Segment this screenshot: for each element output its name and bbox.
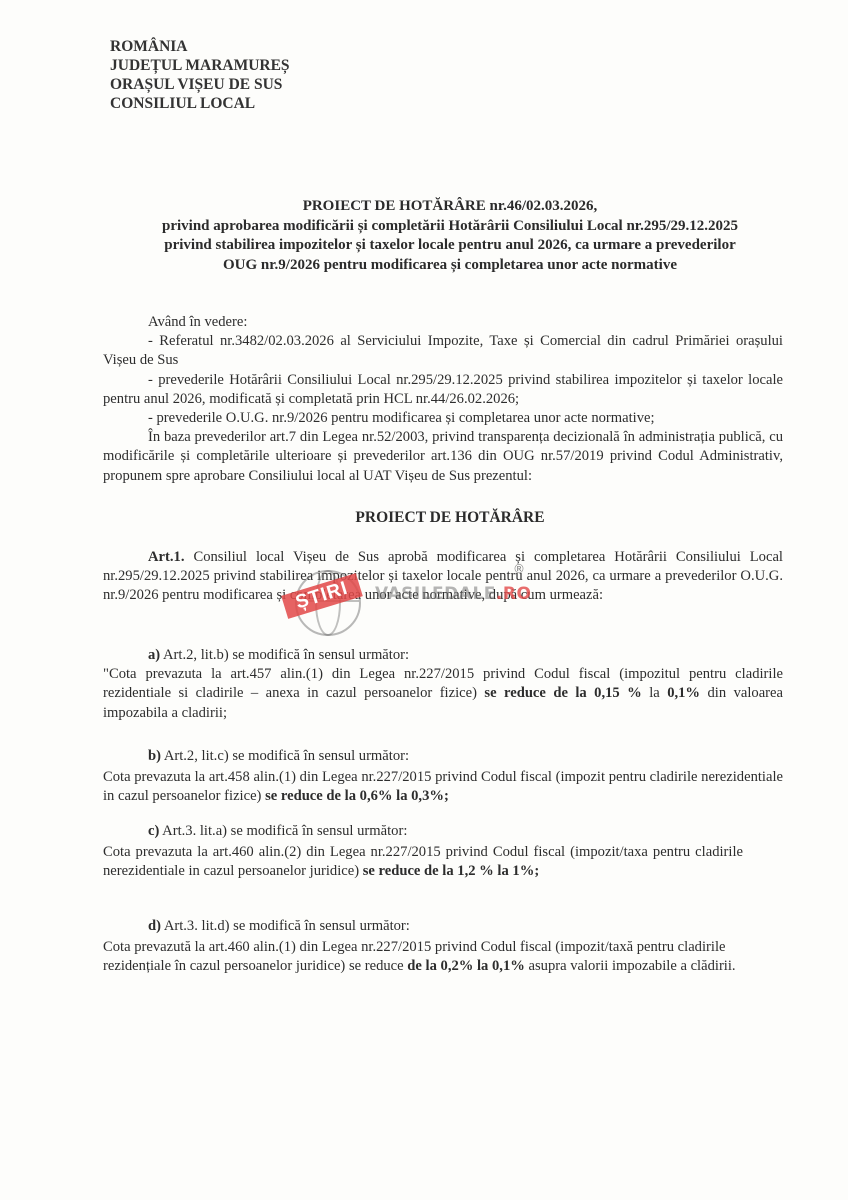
amendment-text: la — [642, 685, 667, 701]
amendment-letter: a) — [148, 647, 160, 663]
amendment-heading: Art.3. lit.d) se modifică în sensul urmă… — [161, 918, 410, 934]
amendment-text: asupra valorii impozabile a clădirii. — [525, 958, 736, 974]
header-country: ROMÂNIA — [110, 37, 290, 56]
title-line: OUG nr.9/2026 pentru modificarea și comp… — [100, 256, 800, 276]
header-town: ORAȘUL VIȘEU DE SUS — [110, 75, 290, 94]
amendment-bold: 0,1% — [667, 685, 700, 701]
amendment-c: c) Art.3. lit.a) se modifică în sensul u… — [103, 822, 783, 882]
preamble-item: - prevederile Hotărârii Consiliului Loca… — [103, 371, 783, 409]
document-page: ROMÂNIA JUDEȚUL MARAMUREȘ ORAȘUL VIȘEU D… — [0, 0, 848, 1200]
preamble: Având în vedere: - Referatul nr.3482/02.… — [103, 313, 783, 486]
header-county: JUDEȚUL MARAMUREȘ — [110, 56, 290, 75]
preamble-item: - prevederile O.U.G. nr.9/2026 pentru mo… — [103, 409, 783, 428]
title-line: privind aprobarea modificării și complet… — [100, 217, 800, 237]
article-label: Art.1. — [148, 549, 184, 565]
issuer-header: ROMÂNIA JUDEȚUL MARAMUREȘ ORAȘUL VIȘEU D… — [110, 37, 290, 113]
section-title: PROIECT DE HOTĂRÂRE — [100, 509, 800, 527]
title-line: PROIECT DE HOTĂRÂRE nr.46/02.03.2026, — [100, 197, 800, 217]
amendment-letter: d) — [148, 918, 161, 934]
amendment-bold: de la 0,2% la 0,1% — [407, 958, 525, 974]
amendment-heading: Art.2, lit.b) se modifică în sensul urmă… — [160, 647, 409, 663]
article-1: Art.1. Consiliul local Vișeu de Sus apro… — [103, 548, 783, 606]
amendment-b: b) Art.2, lit.c) se modifică în sensul u… — [103, 747, 783, 807]
amendment-a: a) Art.2, lit.b) se modifică în sensul u… — [103, 646, 783, 723]
preamble-intro: Având în vedere: — [103, 313, 783, 332]
amendment-letter: b) — [148, 748, 161, 764]
amendment-bold: se reduce de la 1,2 % la 1%; — [363, 863, 539, 879]
title-line: privind stabilirea impozitelor și taxelo… — [100, 236, 800, 256]
amendment-heading: Art.3. lit.a) se modifică în sensul urmă… — [159, 823, 407, 839]
amendment-bold: se reduce de la 0,6% la 0,3%; — [265, 788, 449, 804]
preamble-item: În baza prevederilor art.7 din Legea nr.… — [103, 428, 783, 486]
document-title: PROIECT DE HOTĂRÂRE nr.46/02.03.2026, pr… — [100, 197, 800, 275]
amendment-letter: c) — [148, 823, 159, 839]
header-council: CONSILIUL LOCAL — [110, 94, 290, 113]
amendment-bold: se reduce de la 0,15 % — [484, 685, 641, 701]
preamble-item: - Referatul nr.3482/02.03.2026 al Servic… — [103, 332, 783, 370]
amendment-d: d) Art.3. lit.d) se modifică în sensul u… — [103, 917, 783, 977]
amendment-heading: Art.2, lit.c) se modifică în sensul urmă… — [161, 748, 409, 764]
article-text: Consiliul local Vișeu de Sus aprobă modi… — [103, 549, 783, 603]
